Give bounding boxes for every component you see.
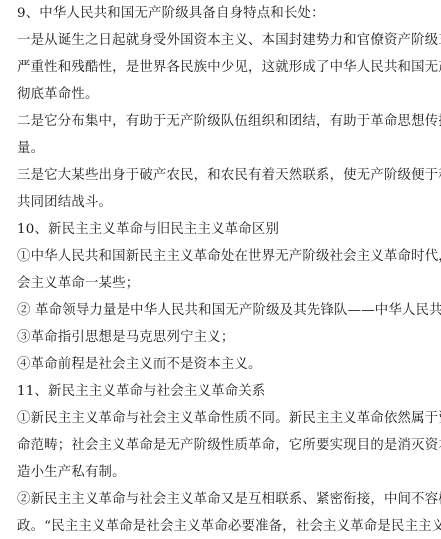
section-9-heading: 9、中华人民共和国无产阶级具备自身特点和长处：: [17, 5, 427, 23]
section-10-heading: 10、新民主主义革命与旧民主主义革命区别: [17, 221, 427, 239]
paragraph-line: 一是从诞生之日起就身受外国资本主义、本国封建势力和官僚资产阶级三重压迫，这些压迫: [17, 32, 427, 50]
list-item-line: 会主义革命一某些；: [17, 275, 427, 293]
paragraph-line: 三是它大某些出身于破产农民，和农民有着天然联系，使无产阶级便于和农民结成密切联盟…: [17, 167, 427, 185]
list-item-line: 造小生产私有制。: [17, 464, 427, 482]
list-item-line: ② 革命领导力量是中华人民共和国无产阶级及其先锋队——中华人民共和国共产党；: [17, 302, 427, 320]
list-item-line: ③革命指引思想是马克思列宁主义；: [17, 329, 427, 347]
paragraph-line: 二是它分布集中，有助于无产阶级队伍组织和团结，有助于革命思想传播和形成强大革命力: [17, 113, 427, 131]
list-item-line: ①中华人民共和国新民主主义革命处在世界无产阶级社会主义革命时代，是世界无产阶级社: [17, 248, 427, 266]
list-item-line: ④革命前程是社会主义而不是资本主义。: [17, 356, 427, 374]
list-item-line: ①新民主主义革命与社会主义革命性质不同。新民主主义革命依然属于资产阶级民主主义革: [17, 410, 427, 428]
document-page: 9、中华人民共和国无产阶级具备自身特点和长处： 一是从诞生之日起就身受外国资本主…: [0, 0, 441, 539]
list-item-line: ②新民主主义革命与社会主义革命又是互相联系、紧密衔接，中间不容横插一种资产阶级专: [17, 491, 427, 509]
list-item-line: 政。“民主主义革命是社会主义革命必要准备，社会主义革命是民主主义革命必然趋势。”: [17, 518, 427, 536]
paragraph-line: 量。: [17, 140, 427, 158]
paragraph-line: 严重性和残酷性，是世界各民族中少见，这就形成了中华人民共和国无产阶级坚强斗争性和: [17, 59, 427, 77]
list-item-line: 命范畴；社会主义革命是无产阶级性质革命，它所要实现目的是消灭资本主义剥削制度和改: [17, 437, 427, 455]
section-11-heading: 11、新民主主义革命与社会主义革命关系: [17, 383, 427, 401]
paragraph-line: 共同团结战斗。: [17, 194, 427, 212]
paragraph-line: 彻底革命性。: [17, 86, 427, 104]
